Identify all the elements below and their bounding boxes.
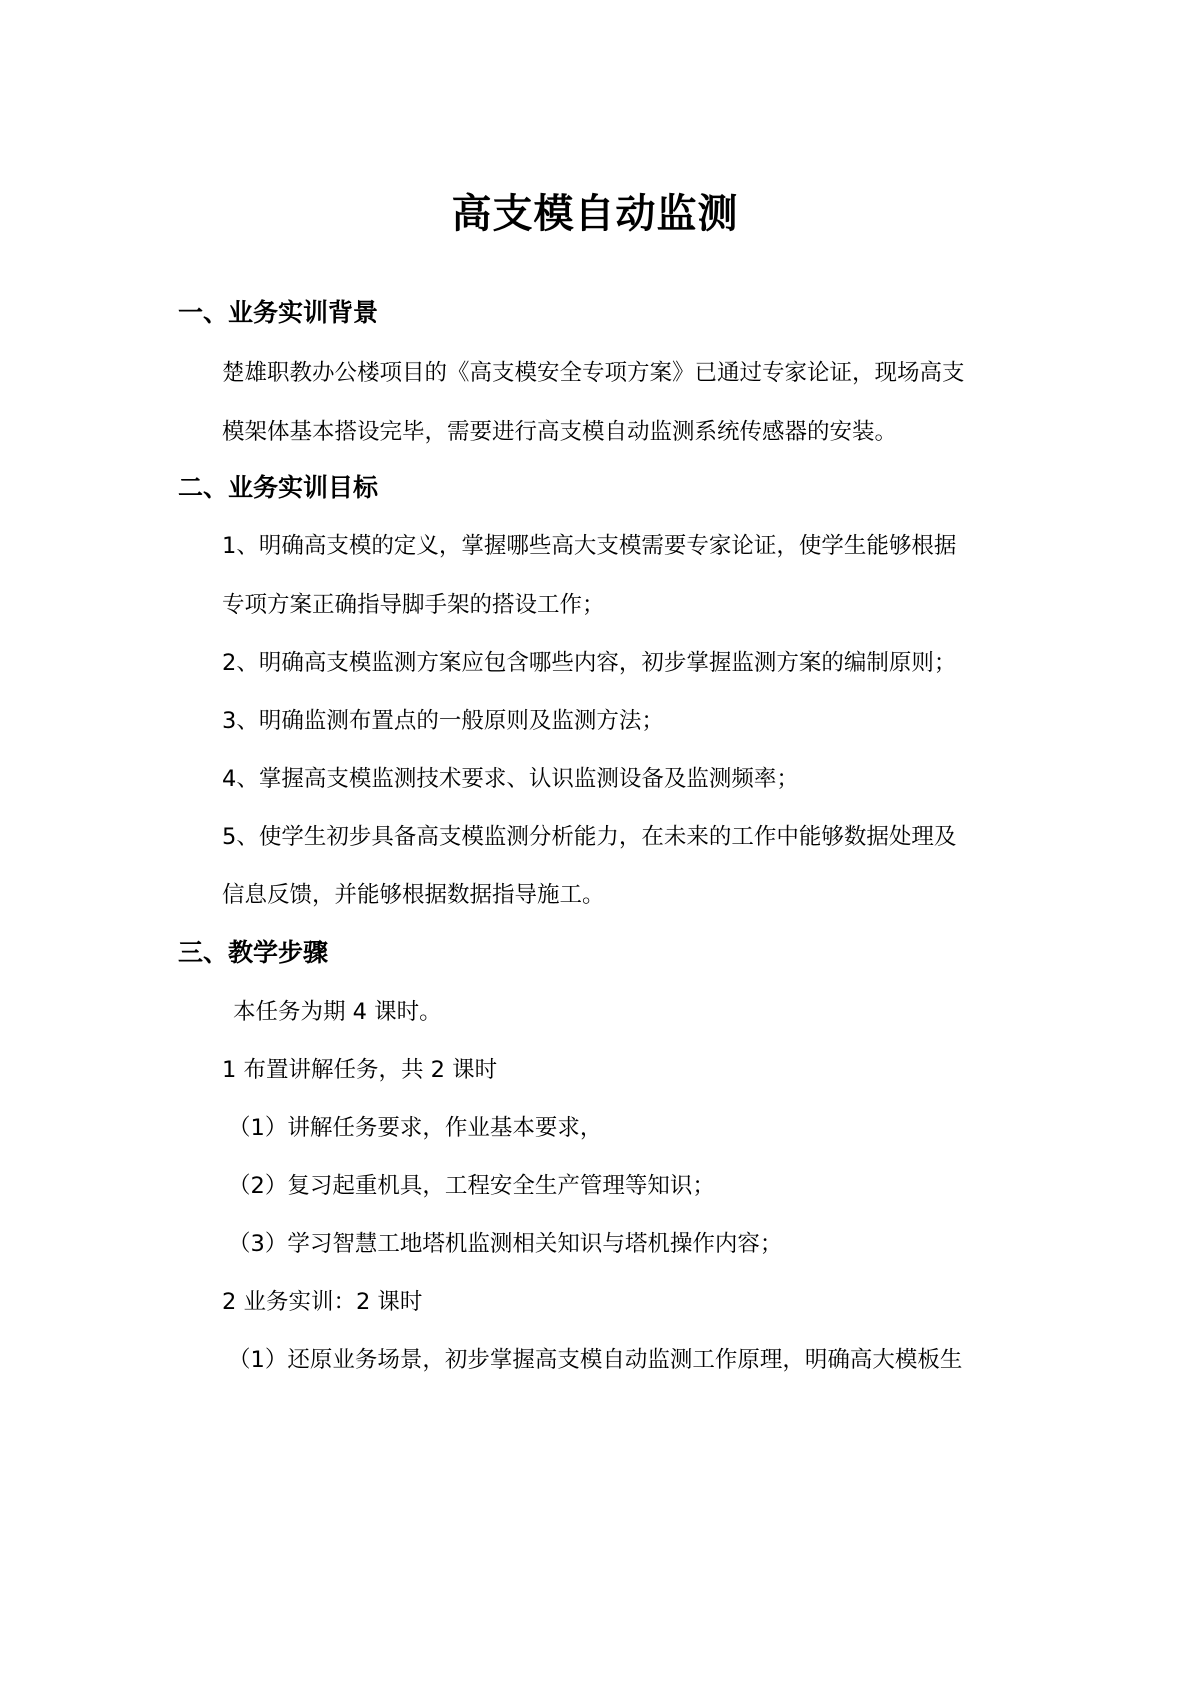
objective-line: 5、使学生初步具备高支模监测分析能力，在未来的工作中能够数据处理及 [222,822,956,852]
objective-line: 4、掌握高支模监测技术要求、认识监测设备及监测频率； [222,764,799,794]
step-line: 本任务为期 4 课时。 [233,997,442,1027]
objective-line: 3、明确监测布置点的一般原则及监测方法； [222,706,664,736]
document-page: 高支模自动监测 一、业务实训背景 楚雄职教办公楼项目的《高支模安全专项方案》已通… [0,0,1190,1683]
step-line: （1）讲解任务要求，作业基本要求， [228,1113,602,1143]
step-line: （3）学习智慧工地塔机监测相关知识与塔机操作内容； [228,1229,782,1259]
section-heading-objectives: 二、业务实训目标 [178,472,378,504]
section-heading-background: 一、业务实训背景 [178,297,378,329]
section-heading-teaching-steps: 三、教学步骤 [178,937,328,969]
step-line: 2 业务实训：2 课时 [222,1287,422,1317]
objective-line: 1、明确高支模的定义，掌握哪些高大支模需要专家论证，使学生能够根据 [222,531,956,561]
document-title: 高支模自动监测 [0,190,1190,238]
step-line: （1）还原业务场景，初步掌握高支模自动监测工作原理，明确高大模板生 [228,1345,962,1375]
paragraph-line: 模架体基本搭设完毕，需要进行高支模自动监测系统传感器的安装。 [222,417,897,447]
objective-line: 2、明确高支模监测方案应包含哪些内容，初步掌握监测方案的编制原则； [222,648,956,678]
objective-line: 信息反馈，并能够根据数据指导施工。 [222,880,605,910]
step-line: （2）复习起重机具，工程安全生产管理等知识； [228,1171,715,1201]
paragraph-line: 楚雄职教办公楼项目的《高支模安全专项方案》已通过专家论证，现场高支 [222,358,965,388]
step-line: 1 布置讲解任务，共 2 课时 [222,1055,497,1085]
objective-line: 专项方案正确指导脚手架的搭设工作； [222,590,605,620]
